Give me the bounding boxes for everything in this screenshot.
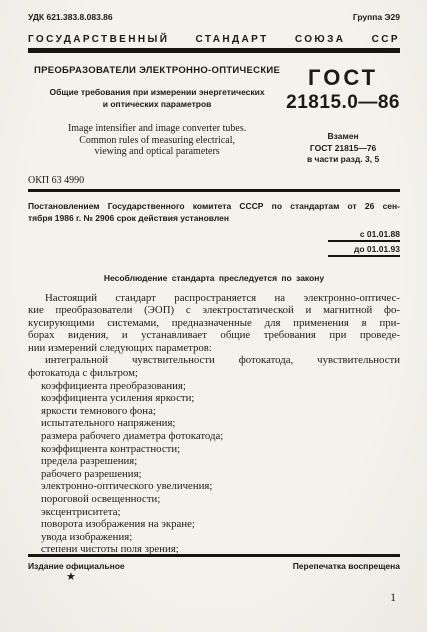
parameter-list-item: электронно-оптического увеличения; (28, 480, 400, 493)
subtitle-line-1: Общие требования при измерении энергетич… (28, 86, 286, 98)
body-line: нии измерений следующих параметров: (28, 342, 400, 355)
title-left-column: ПРЕОБРАЗОВАТЕЛИ ЭЛЕКТРОННО-ОПТИЧЕСКИЕ Об… (28, 65, 286, 166)
validity-to-row: до 01.01.93 (28, 244, 400, 259)
law-notice: Несоблюдение стандарта преследуется по з… (28, 273, 400, 283)
validity-dates: с 01.01.88 до 01.01.93 (28, 229, 400, 259)
subtitle-russian: Общие требования при измерении энергетич… (28, 86, 286, 110)
footer-row: Издание официальное Перепечатка воспреще… (28, 561, 400, 571)
parameter-list-item: пороговой освещенности; (28, 493, 400, 506)
body-line: фотокатода с фильтром; (28, 367, 400, 380)
title-english-line-2: Common rules of measuring electrical, (28, 135, 286, 147)
validity-from-row: с 01.01.88 (28, 229, 400, 244)
gost-label: ГОСТ (286, 67, 400, 89)
okp-code: ОКП 63 4990 (28, 175, 400, 186)
group-code: Группа Э29 (353, 12, 400, 22)
parameter-list-item: поворота изображения на экране; (28, 518, 400, 531)
parameter-list-item: предела разрешения; (28, 455, 400, 468)
parameter-list-item: размера рабочего диаметра фотокатода; (28, 430, 400, 443)
body-line: интегральной чувствительности фотокатода… (28, 354, 400, 367)
star-icon: ★ (66, 572, 400, 583)
gost-standard-page: УДК 621.383.8.083.86 Группа Э29 ГОСУДАРС… (0, 0, 427, 632)
reprint-forbidden-label: Перепечатка воспрещена (293, 561, 400, 571)
body-line: кусирующими системами, предназначенные д… (28, 317, 400, 330)
subtitle-line-2: и оптических параметров (28, 98, 286, 110)
state-standard-banner: ГОСУДАРСТВЕННЫЙ СТАНДАРТ СОЮЗА ССР (28, 34, 400, 45)
parameter-list-item: эксцентриситета; (28, 506, 400, 519)
parameter-list-item: коэффициента усиления яркости; (28, 392, 400, 405)
page-footer: Издание официальное Перепечатка воспреще… (28, 554, 400, 583)
meta-row: УДК 621.383.8.083.86 Группа Э29 (28, 12, 400, 22)
parameter-list-item: яркости темнового фона; (28, 405, 400, 418)
title-english: Image intensifier and image converter tu… (28, 123, 286, 158)
gost-number-block: ГОСТ 21815.0—86 Взамен ГОСТ 21815—76 в ч… (286, 65, 400, 166)
parameter-list-item: увода изображения; (28, 531, 400, 544)
parameter-list-item: коэффициента контрастности; (28, 443, 400, 456)
gost-number: 21815.0—86 (286, 92, 400, 114)
replaces-note: Взамен ГОСТ 21815—76 в части разд. 3, 5 (286, 131, 400, 166)
body-line: Настоящий стандарт распространяется на э… (28, 292, 400, 305)
body-text: Настоящий стандарт распространяется на э… (28, 292, 400, 556)
footer-rule (28, 554, 400, 557)
decree-line-2: тября 1986 г. № 2906 срок действия устан… (28, 212, 400, 224)
official-edition-label: Издание официальное (28, 561, 125, 571)
parameter-list-item: рабочего разрешения; (28, 468, 400, 481)
title-block: ПРЕОБРАЗОВАТЕЛИ ЭЛЕКТРОННО-ОПТИЧЕСКИЕ Об… (28, 65, 400, 166)
decree-paragraph: Постановлением Государственного комитета… (28, 200, 400, 224)
banner-rule (28, 48, 400, 53)
title-english-line-3: viewing and optical parameters (28, 146, 286, 158)
okp-rule (28, 189, 400, 192)
title-english-line-1: Image intensifier and image converter tu… (28, 123, 286, 135)
title-russian: ПРЕОБРАЗОВАТЕЛИ ЭЛЕКТРОННО-ОПТИЧЕСКИЕ (28, 65, 286, 76)
replaces-line-2: ГОСТ 21815—76 (286, 143, 400, 155)
udk-code: УДК 621.383.8.083.86 (28, 12, 113, 22)
validity-to: до 01.01.93 (328, 244, 400, 257)
parameter-list-item: коэффициента преобразования; (28, 380, 400, 393)
replaces-line-1: Взамен (286, 131, 400, 143)
body-line: борах видения, и устанавливает общие тре… (28, 329, 400, 342)
decree-line-1: Постановлением Государственного комитета… (28, 200, 400, 212)
validity-from: с 01.01.88 (328, 229, 400, 242)
body-line: кие преобразователи (ЭОП) с электростати… (28, 304, 400, 317)
parameter-list-item: испытательного напряжения; (28, 417, 400, 430)
page-number: 1 (390, 592, 396, 604)
replaces-line-3: в части разд. 3, 5 (286, 154, 400, 166)
